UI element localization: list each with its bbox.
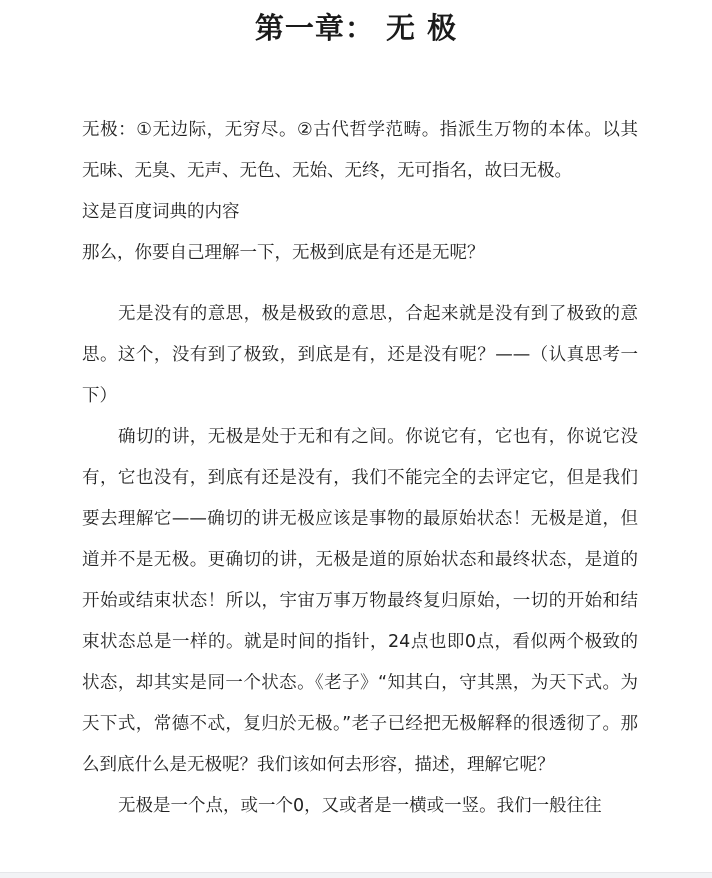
chapter-title: 第一章： 无 极	[0, 10, 712, 46]
document-body: 无极：①无边际，无穷尽。②古代哲学范畴。指派生万物的本体。以其无味、无臭、无声、…	[82, 110, 638, 827]
bottom-edge-bar	[0, 872, 712, 878]
paragraph-point: 无极是一个点，或一个0，又或者是一横或一竖。我们一般往往	[82, 786, 638, 827]
paragraph-explanation: 确切的讲，无极是处于无和有之间。你说它有，它也有，你说它没有，它也没有，到底有还…	[82, 417, 638, 786]
document-page: 第一章： 无 极 无极：①无边际，无穷尽。②古代哲学范畴。指派生万物的本体。以其…	[0, 0, 712, 872]
paragraph-source-note: 这是百度词典的内容	[82, 192, 638, 233]
paragraph-meaning: 无是没有的意思，极是极致的意思，合起来就是没有到了极致的意思。这个，没有到了极致…	[82, 294, 638, 417]
paragraph-question: 那么，你要自己理解一下，无极到底是有还是无呢？	[82, 233, 638, 274]
paragraph-definition: 无极：①无边际，无穷尽。②古代哲学范畴。指派生万物的本体。以其无味、无臭、无声、…	[82, 110, 638, 192]
